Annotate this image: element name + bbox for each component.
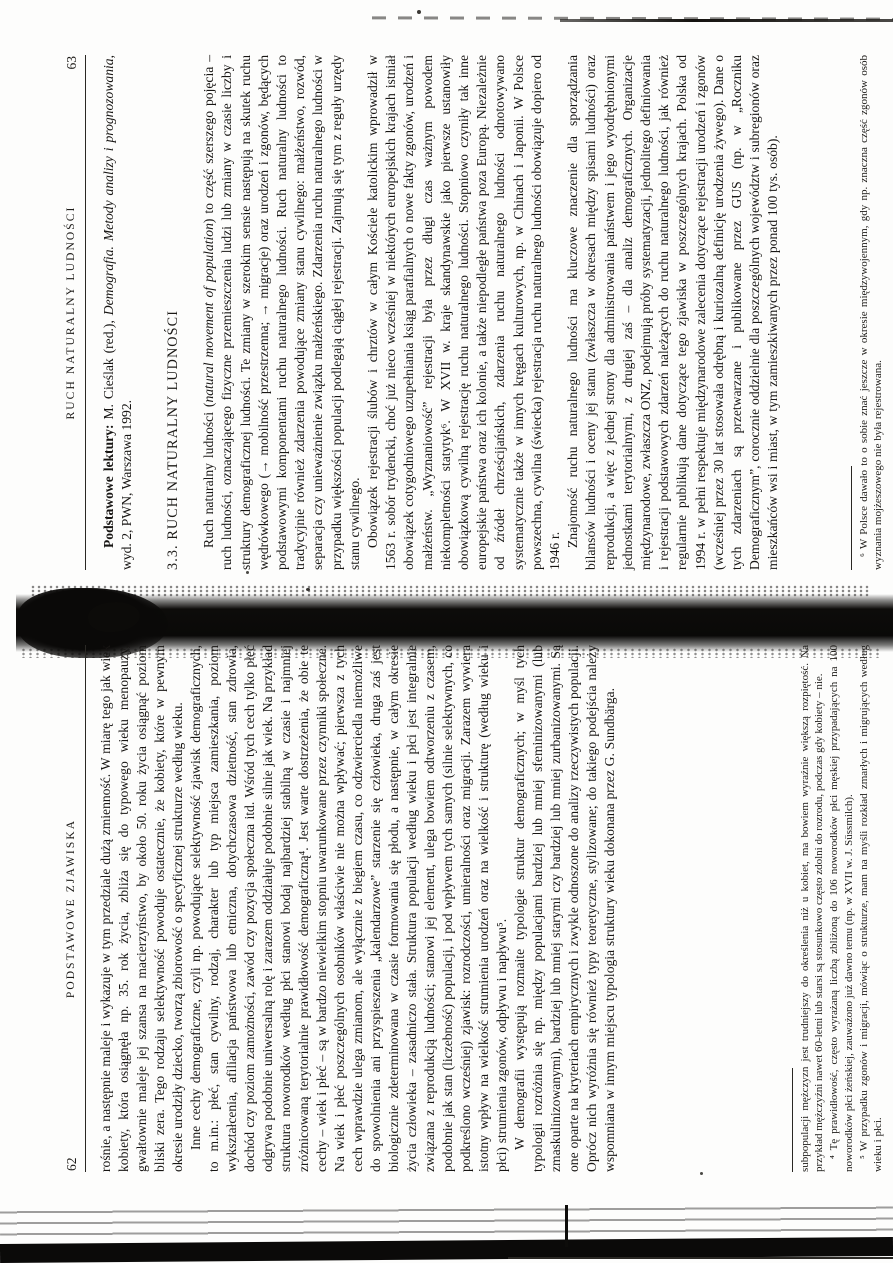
paragraph-62-2: Inne cechy demograficzne, czyli np. powo…	[187, 645, 511, 1172]
footnote-rule-63	[851, 466, 852, 570]
photocopy-band-bottom	[0, 1237, 893, 1263]
page-62-body: rośnie, a następnie maleje i wykazuje w …	[97, 645, 619, 1172]
photocopy-speck	[700, 1172, 703, 1175]
footnotes-62: subpopulacji mężczyzn jest trudniejszy d…	[792, 645, 886, 1172]
photocopy-streak-top-dark	[560, 19, 893, 22]
photocopy-band-middle	[16, 594, 893, 652]
paragraph-63-1: Ruch naturalny ludności (natural movemen…	[200, 55, 364, 570]
page-number-63: 63	[64, 56, 80, 70]
photocopy-tick-vertical	[565, 1205, 568, 1247]
running-head-title-63: RUCH NATURALNY LUDNOŚCI	[65, 206, 77, 420]
paragraph-63-2: Obowiązek rejestracji ślubów i chrztów w…	[364, 55, 564, 570]
footnote-6: ⁶ W Polsce dawało to o sobie znać jeszcz…	[857, 55, 886, 570]
reading-list-paragraph: Podstawowe lektury: M. Cieślak (red.), D…	[100, 55, 135, 570]
photocopy-speck	[246, 571, 249, 574]
scanned-photocopy: RUCH NATURALNY LUDNOŚCI 63 Podstawowe le…	[0, 0, 893, 1263]
photocopy-band-middle-speckle	[30, 585, 870, 597]
footnote-4: ⁴ Tę prawidłowość, często wyrażaną liczb…	[827, 645, 856, 1172]
paragraph-63-3: Znajomość ruchu naturalnego ludności ma …	[564, 55, 782, 570]
photocopy-streak-top	[372, 16, 893, 20]
page-number-62: 62	[64, 1158, 80, 1172]
footnotes-63: ⁶ W Polsce dawało to o sobie znać jeszcz…	[851, 55, 886, 570]
running-head-62: 62 PODSTAWOWE ZJAWISKA	[65, 645, 86, 1172]
photocopy-speck	[306, 588, 310, 591]
photocopy-speck	[417, 10, 421, 14]
page-63: RUCH NATURALNY LUDNOŚCI 63 Podstawowe le…	[65, 55, 888, 570]
photocopy-band-bottom-streaks	[0, 1202, 893, 1241]
paragraph-62-3: W demografii występują rozmaite typologi…	[511, 645, 619, 1172]
photocopy-blob-small	[87, 599, 142, 634]
running-head-63: RUCH NATURALNY LUDNOŚCI 63	[65, 55, 86, 570]
paragraph-62-1: rośnie, a następnie maleje i wykazuje w …	[97, 645, 187, 1172]
section-heading-3-3: 3.3. RUCH NATURALNY LUDNOŚCI	[165, 55, 182, 570]
footnote-5: ⁵ W przypadku zgonów i migracji, mówiąc …	[857, 645, 886, 1172]
footnote-continuation: subpopulacji mężczyzn jest trudniejszy d…	[798, 645, 827, 1172]
photocopy-line-bottom	[508, 1257, 893, 1259]
footnote-rule-62	[792, 1068, 793, 1172]
running-head-title-62: PODSTAWOWE ZJAWISKA	[65, 819, 77, 998]
page-62: 62 PODSTAWOWE ZJAWISKA rośnie, a następn…	[65, 645, 888, 1172]
